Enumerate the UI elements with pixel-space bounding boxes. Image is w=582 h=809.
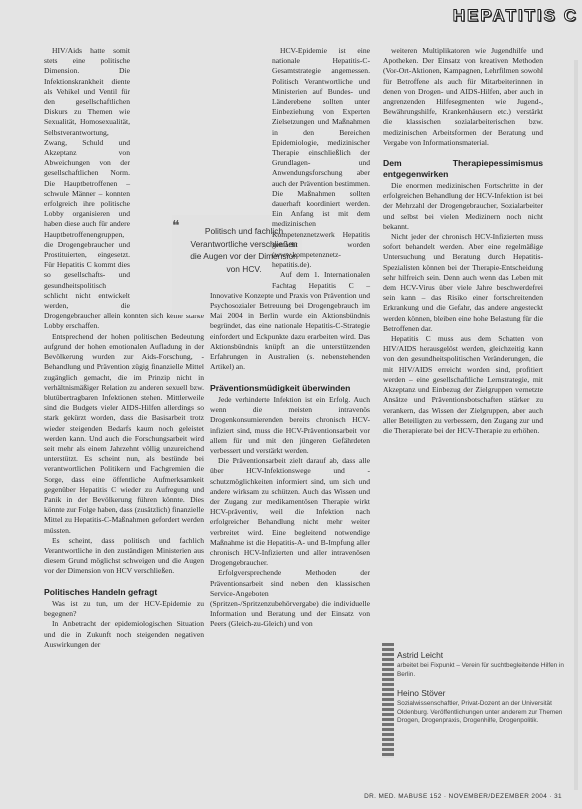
- author-box: Astrid Leicht arbeitet bei Fixpunkt – Ve…: [397, 650, 567, 735]
- author-bio: Sozialwissenschaftler, Privat-Dozent an …: [397, 700, 567, 726]
- paragraph: Erfolgversprechende Methoden der Prävent…: [210, 568, 370, 629]
- author-entry: Astrid Leicht arbeitet bei Fixpunkt – Ve…: [397, 650, 567, 679]
- magazine-page: HEPATITIS C HIV/Aids hatte somit stets e…: [0, 0, 582, 809]
- paragraph: Es scheint, dass politisch und fachlich …: [44, 536, 204, 577]
- paragraph: Jede verhinderte Infektion ist ein Erfol…: [210, 395, 370, 456]
- paragraph: Die enormen medizinischen Fortschritte i…: [383, 181, 543, 232]
- paragraph: Auf dem 1. Internationalen Fachtag Hepat…: [210, 270, 370, 372]
- author-entry: Heino Stöver Sozialwissenschaftler, Priv…: [397, 688, 567, 726]
- quote-mark-icon: ❝: [172, 219, 180, 232]
- author-name: Heino Stöver: [397, 688, 567, 698]
- paragraph: weiteren Multiplikatoren wie Jugendhilfe…: [383, 46, 543, 148]
- section-heading: Dem Therapiepessimismus entgegenwirken: [383, 158, 543, 179]
- paragraph: Nicht jeder der chronisch HCV-Infizierte…: [383, 232, 543, 334]
- column-1: HIV/Aids hatte somit stets eine politisc…: [44, 46, 204, 650]
- page-edge-rule: [574, 60, 578, 790]
- author-name: Astrid Leicht: [397, 650, 567, 660]
- column-3: weiteren Multiplikatoren wie Jugendhilfe…: [383, 46, 543, 436]
- pull-quote-spacer: [210, 170, 272, 282]
- column-2: HCV-Epidemie ist eine nationale Hepatiti…: [210, 46, 370, 630]
- paragraph: Entsprechend der hohen politischen Bedeu…: [44, 332, 204, 536]
- running-head: HEPATITIS C: [453, 6, 578, 26]
- paragraph: Was ist zu tun, um der HCV-Epidemie zu b…: [44, 599, 204, 619]
- author-bio: arbeitet bei Fixpunkt – Verein für sucht…: [397, 662, 567, 679]
- section-heading: Präventionsmüdigkeit überwinden: [210, 383, 370, 394]
- section-heading: Politisches Handeln gefragt: [44, 587, 204, 598]
- author-box-vertical-label: [382, 643, 394, 758]
- paragraph: Hepatitis C muss aus dem Schatten von HI…: [383, 334, 543, 436]
- page-footer: DR. MED. MABUSE 152 · NOVEMBER/DEZEMBER …: [364, 793, 562, 800]
- paragraph: In Anbetracht der epidemiologischen Situ…: [44, 619, 204, 650]
- paragraph: Die Präventionsarbeit zielt darauf ab, d…: [210, 456, 370, 568]
